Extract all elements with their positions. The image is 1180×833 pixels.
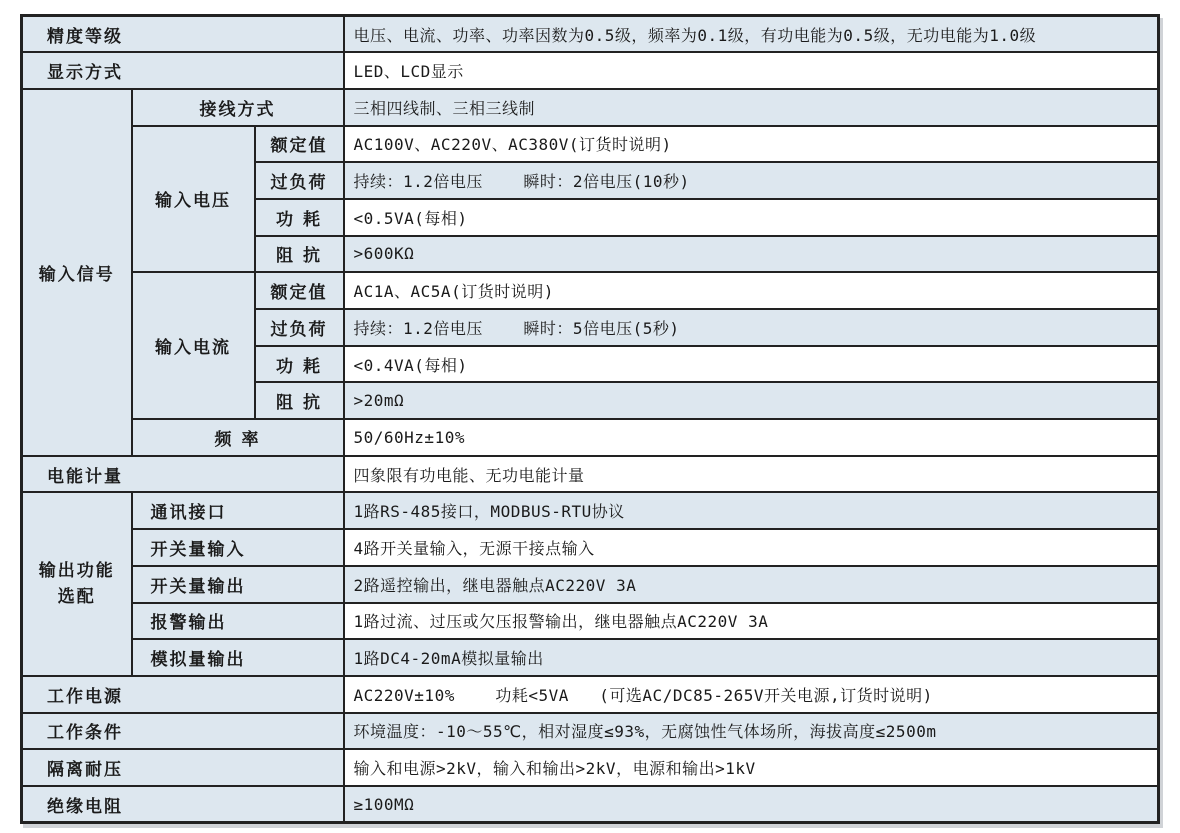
digital-output-label: 开关量输出 (132, 566, 344, 603)
input-signal-label: 输入信号 (22, 89, 132, 456)
row-display: 显示方式 LED、LCD显示 (22, 52, 1159, 89)
current-rated-label: 额定值 (255, 272, 344, 309)
output-options-label-line2: 选配 (24, 584, 130, 610)
voltage-overload-value: 持续：1.2倍电压 瞬时：2倍电压(10秒) (344, 162, 1159, 199)
comm-label: 通讯接口 (132, 492, 344, 529)
analog-output-value: 1路DC4-20mA模拟量输出 (344, 639, 1159, 676)
row-comm: 输出功能 选配 通讯接口 1路RS-485接口，MODBUS-RTU协议 (22, 492, 1159, 529)
output-options-label-line1: 输出功能 (24, 558, 130, 584)
row-power-supply: 工作电源 AC220V±10% 功耗<5VA (可选AC/DC85-265V开关… (22, 676, 1159, 713)
alarm-output-value: 1路过流、过压或欠压报警输出，继电器触点AC220V 3A (344, 603, 1159, 640)
row-insulation-resistance: 绝缘电阻 ≥100MΩ (22, 786, 1159, 823)
working-conditions-label: 工作条件 (22, 713, 344, 750)
isolation-withstand-value: 输入和电源>2kV，输入和输出>2kV，电源和输出>1kV (344, 749, 1159, 786)
row-digital-output: 开关量输出 2路遥控输出，继电器触点AC220V 3A (22, 566, 1159, 603)
accuracy-label: 精度等级 (22, 16, 344, 53)
current-consumption-value: <0.4VA(每相) (344, 346, 1159, 383)
display-label: 显示方式 (22, 52, 344, 89)
voltage-overload-label: 过负荷 (255, 162, 344, 199)
row-digital-input: 开关量输入 4路开关量输入，无源干接点输入 (22, 529, 1159, 566)
row-voltage-rated: 输入电压 额定值 AC100V、AC220V、AC380V(订货时说明) (22, 126, 1159, 163)
spec-table: 精度等级 电压、电流、功率、功率因数为0.5级，频率为0.1级，有功电能为0.5… (20, 14, 1160, 824)
display-value: LED、LCD显示 (344, 52, 1159, 89)
voltage-rated-label: 额定值 (255, 126, 344, 163)
current-overload-label: 过负荷 (255, 309, 344, 346)
wiring-value: 三相四线制、三相三线制 (344, 89, 1159, 126)
output-options-label: 输出功能 选配 (22, 492, 132, 675)
working-conditions-value: 环境温度：-10～55℃，相对湿度≤93%，无腐蚀性气体场所，海拔高度≤2500… (344, 713, 1159, 750)
current-consumption-label: 功 耗 (255, 346, 344, 383)
insulation-resistance-value: ≥100MΩ (344, 786, 1159, 823)
spec-table-container: 精度等级 电压、电流、功率、功率因数为0.5级，频率为0.1级，有功电能为0.5… (20, 14, 1160, 824)
digital-input-label: 开关量输入 (132, 529, 344, 566)
insulation-resistance-label: 绝缘电阻 (22, 786, 344, 823)
current-rated-value: AC1A、AC5A(订货时说明) (344, 272, 1159, 309)
comm-value: 1路RS-485接口，MODBUS-RTU协议 (344, 492, 1159, 529)
voltage-consumption-value: <0.5VA(每相) (344, 199, 1159, 236)
input-current-label: 输入电流 (132, 272, 255, 419)
voltage-impedance-label: 阻 抗 (255, 236, 344, 273)
voltage-rated-value: AC100V、AC220V、AC380V(订货时说明) (344, 126, 1159, 163)
current-overload-value: 持续：1.2倍电压 瞬时：5倍电压(5秒) (344, 309, 1159, 346)
row-energy-metering: 电能计量 四象限有功电能、无功电能计量 (22, 456, 1159, 493)
row-analog-output: 模拟量输出 1路DC4-20mA模拟量输出 (22, 639, 1159, 676)
alarm-output-label: 报警输出 (132, 603, 344, 640)
frequency-label: 频 率 (132, 419, 344, 456)
row-isolation-withstand: 隔离耐压 输入和电源>2kV，输入和输出>2kV，电源和输出>1kV (22, 749, 1159, 786)
row-wiring: 输入信号 接线方式 三相四线制、三相三线制 (22, 89, 1159, 126)
frequency-value: 50/60Hz±10% (344, 419, 1159, 456)
isolation-withstand-label: 隔离耐压 (22, 749, 344, 786)
input-voltage-label: 输入电压 (132, 126, 255, 273)
power-supply-value: AC220V±10% 功耗<5VA (可选AC/DC85-265V开关电源,订货… (344, 676, 1159, 713)
digital-input-value: 4路开关量输入，无源干接点输入 (344, 529, 1159, 566)
analog-output-label: 模拟量输出 (132, 639, 344, 676)
row-alarm-output: 报警输出 1路过流、过压或欠压报警输出，继电器触点AC220V 3A (22, 603, 1159, 640)
energy-metering-value: 四象限有功电能、无功电能计量 (344, 456, 1159, 493)
row-working-conditions: 工作条件 环境温度：-10～55℃，相对湿度≤93%，无腐蚀性气体场所，海拔高度… (22, 713, 1159, 750)
wiring-label: 接线方式 (132, 89, 344, 126)
row-accuracy: 精度等级 电压、电流、功率、功率因数为0.5级，频率为0.1级，有功电能为0.5… (22, 16, 1159, 53)
voltage-consumption-label: 功 耗 (255, 199, 344, 236)
power-supply-label: 工作电源 (22, 676, 344, 713)
digital-output-value: 2路遥控输出，继电器触点AC220V 3A (344, 566, 1159, 603)
voltage-impedance-value: >600KΩ (344, 236, 1159, 273)
energy-metering-label: 电能计量 (22, 456, 344, 493)
row-frequency: 频 率 50/60Hz±10% (22, 419, 1159, 456)
row-current-rated: 输入电流 额定值 AC1A、AC5A(订货时说明) (22, 272, 1159, 309)
current-impedance-value: >20mΩ (344, 382, 1159, 419)
accuracy-value: 电压、电流、功率、功率因数为0.5级，频率为0.1级，有功电能为0.5级，无功电… (344, 16, 1159, 53)
current-impedance-label: 阻 抗 (255, 382, 344, 419)
